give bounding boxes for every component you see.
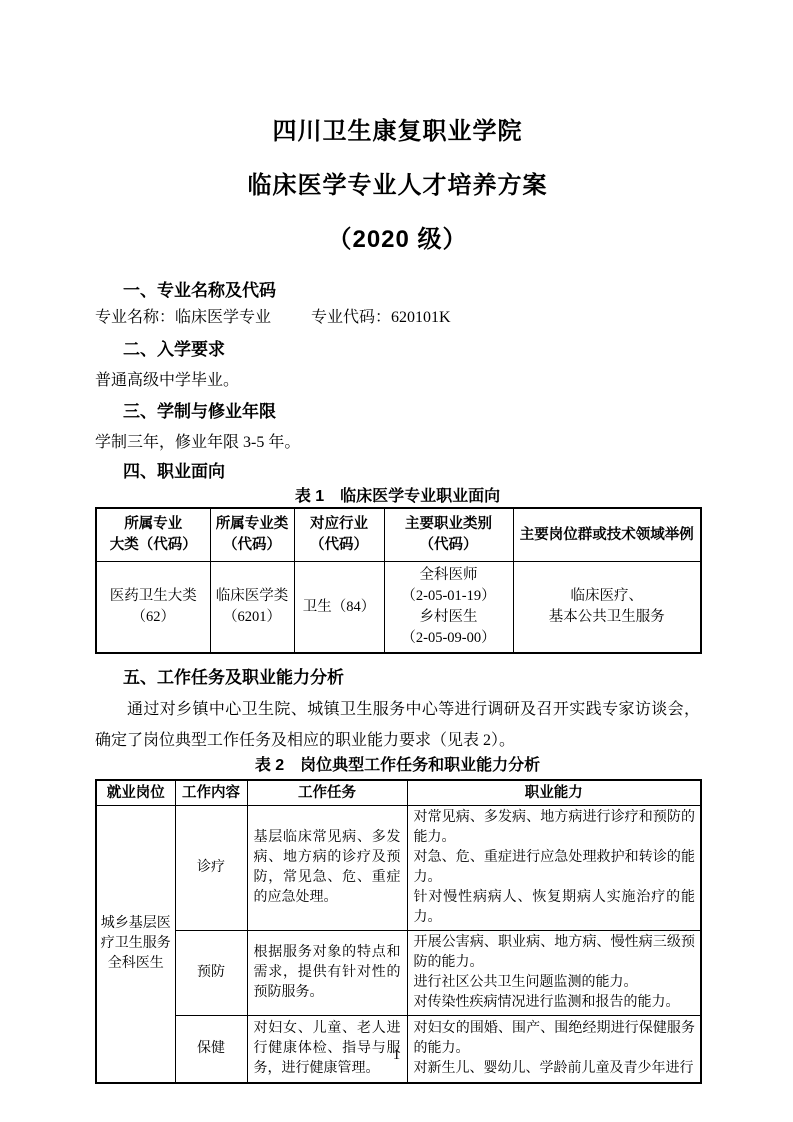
ability-item: 开展公害病、职业病、地方病、慢性病三级预防的能力。 [414, 933, 696, 973]
page-number: 1 [0, 1047, 793, 1064]
section-heading-1: 一、专业名称及代码 [95, 280, 700, 301]
table1-cell: 全科医师 （2-05-01-19） 乡村医生 （2-05-09-00） [384, 562, 513, 654]
table1-header-cell: 所属专业类 （代码） [210, 508, 294, 562]
ability-item: 对常见病、多发病、地方病进行诊疗和预防的能力。 [414, 808, 696, 848]
major-name-text: 专业名称：临床医学专业 [95, 309, 271, 326]
major-code-text: 专业代码：620101K [311, 309, 451, 326]
table1-data-row: 医药卫生大类 （62） 临床医学类 （6201） 卫生（84） 全科医师 （2-… [96, 562, 701, 654]
work-content-cell: 诊疗 [175, 806, 247, 931]
ability-item: 进行社区公共卫生问题监测的能力。 [414, 973, 696, 993]
analysis-paragraph: 通过对乡镇中心卫生院、城镇卫生服务中心等进行调研及召开实践专家访谈会，确定了岗位… [95, 694, 700, 756]
study-duration-text: 学制三年，修业年限 3-5 年。 [95, 433, 700, 453]
table2-header-cell: 职业能力 [407, 780, 701, 806]
ability-cell: 对常见病、多发病、地方病进行诊疗和预防的能力。 对急、危、重症进行应急处理救护和… [407, 806, 701, 931]
major-name-code-line: 专业名称：临床医学专业 专业代码：620101K [95, 308, 700, 328]
work-task-cell: 基层临床常见病、多发病、地方病的诊疗及预防，常见急、危、重症的应急处理。 [247, 806, 407, 931]
doc-subtitle: 临床医学专业人才培养方案 [95, 172, 700, 200]
table1-header-row: 所属专业 大类（代码） 所属专业类 （代码） 对应行业 （代码） 主要职业类别 … [96, 508, 701, 562]
ability-item: 针对慢性病病人、恢复期病人实施治疗的能力。 [414, 888, 696, 928]
table2-caption: 表 2 岗位典型工作任务和职业能力分析 [95, 756, 700, 776]
table1-header-cell: 主要岗位群或技术领域举例 [513, 508, 701, 562]
job-post-cell: 城乡基层医疗卫生服务 全科医生 [96, 806, 175, 1084]
table1-caption: 表 1 临床医学专业职业面向 [95, 487, 700, 507]
entrance-requirement-text: 普通高级中学毕业。 [95, 371, 700, 391]
table1-cell: 卫生（84） [294, 562, 384, 654]
table2-header-cell: 工作内容 [175, 780, 247, 806]
table2-header-row: 就业岗位 工作内容 工作任务 职业能力 [96, 780, 701, 806]
work-content-cell: 预防 [175, 931, 247, 1016]
table1-header-cell: 对应行业 （代码） [294, 508, 384, 562]
doc-title: 四川卫生康复职业学院 [95, 118, 700, 146]
table2-row-diagnosis: 城乡基层医疗卫生服务 全科医生 诊疗 基层临床常见病、多发病、地方病的诊疗及预防… [96, 806, 701, 931]
document-page: 四川卫生康复职业学院 临床医学专业人才培养方案 （2020 级） 一、专业名称及… [0, 0, 793, 1122]
table1-cell: 医药卫生大类 （62） [96, 562, 210, 654]
table1-cell: 临床医疗、 基本公共卫生服务 [513, 562, 701, 654]
table1-header-cell: 所属专业 大类（代码） [96, 508, 210, 562]
ability-cell: 开展公害病、职业病、地方病、慢性病三级预防的能力。 进行社区公共卫生问题监测的能… [407, 931, 701, 1016]
work-task-cell: 根据服务对象的特点和需求，提供有针对性的预防服务。 [247, 931, 407, 1016]
section-heading-3: 三、学制与修业年限 [95, 401, 700, 422]
ability-item: 对传染性疾病情况进行监测和报告的能力。 [414, 993, 696, 1013]
table2-row-prevention: 预防 根据服务对象的特点和需求，提供有针对性的预防服务。 开展公害病、职业病、地… [96, 931, 701, 1016]
ability-item: 对急、危、重症进行应急处理救护和转诊的能力。 [414, 848, 696, 888]
table-task-ability-analysis: 就业岗位 工作内容 工作任务 职业能力 城乡基层医疗卫生服务 全科医生 诊疗 基… [95, 779, 702, 1084]
section-heading-5: 五、工作任务及职业能力分析 [95, 667, 700, 688]
section-heading-4: 四、职业面向 [95, 461, 700, 482]
table2-header-cell: 工作任务 [247, 780, 407, 806]
table-career-orientation: 所属专业 大类（代码） 所属专业类 （代码） 对应行业 （代码） 主要职业类别 … [95, 507, 702, 654]
doc-cohort: （2020 级） [95, 226, 700, 254]
table1-header-cell: 主要职业类别 （代码） [384, 508, 513, 562]
table2-header-cell: 就业岗位 [96, 780, 175, 806]
table1-cell: 临床医学类 （6201） [210, 562, 294, 654]
section-heading-2: 二、入学要求 [95, 339, 700, 360]
